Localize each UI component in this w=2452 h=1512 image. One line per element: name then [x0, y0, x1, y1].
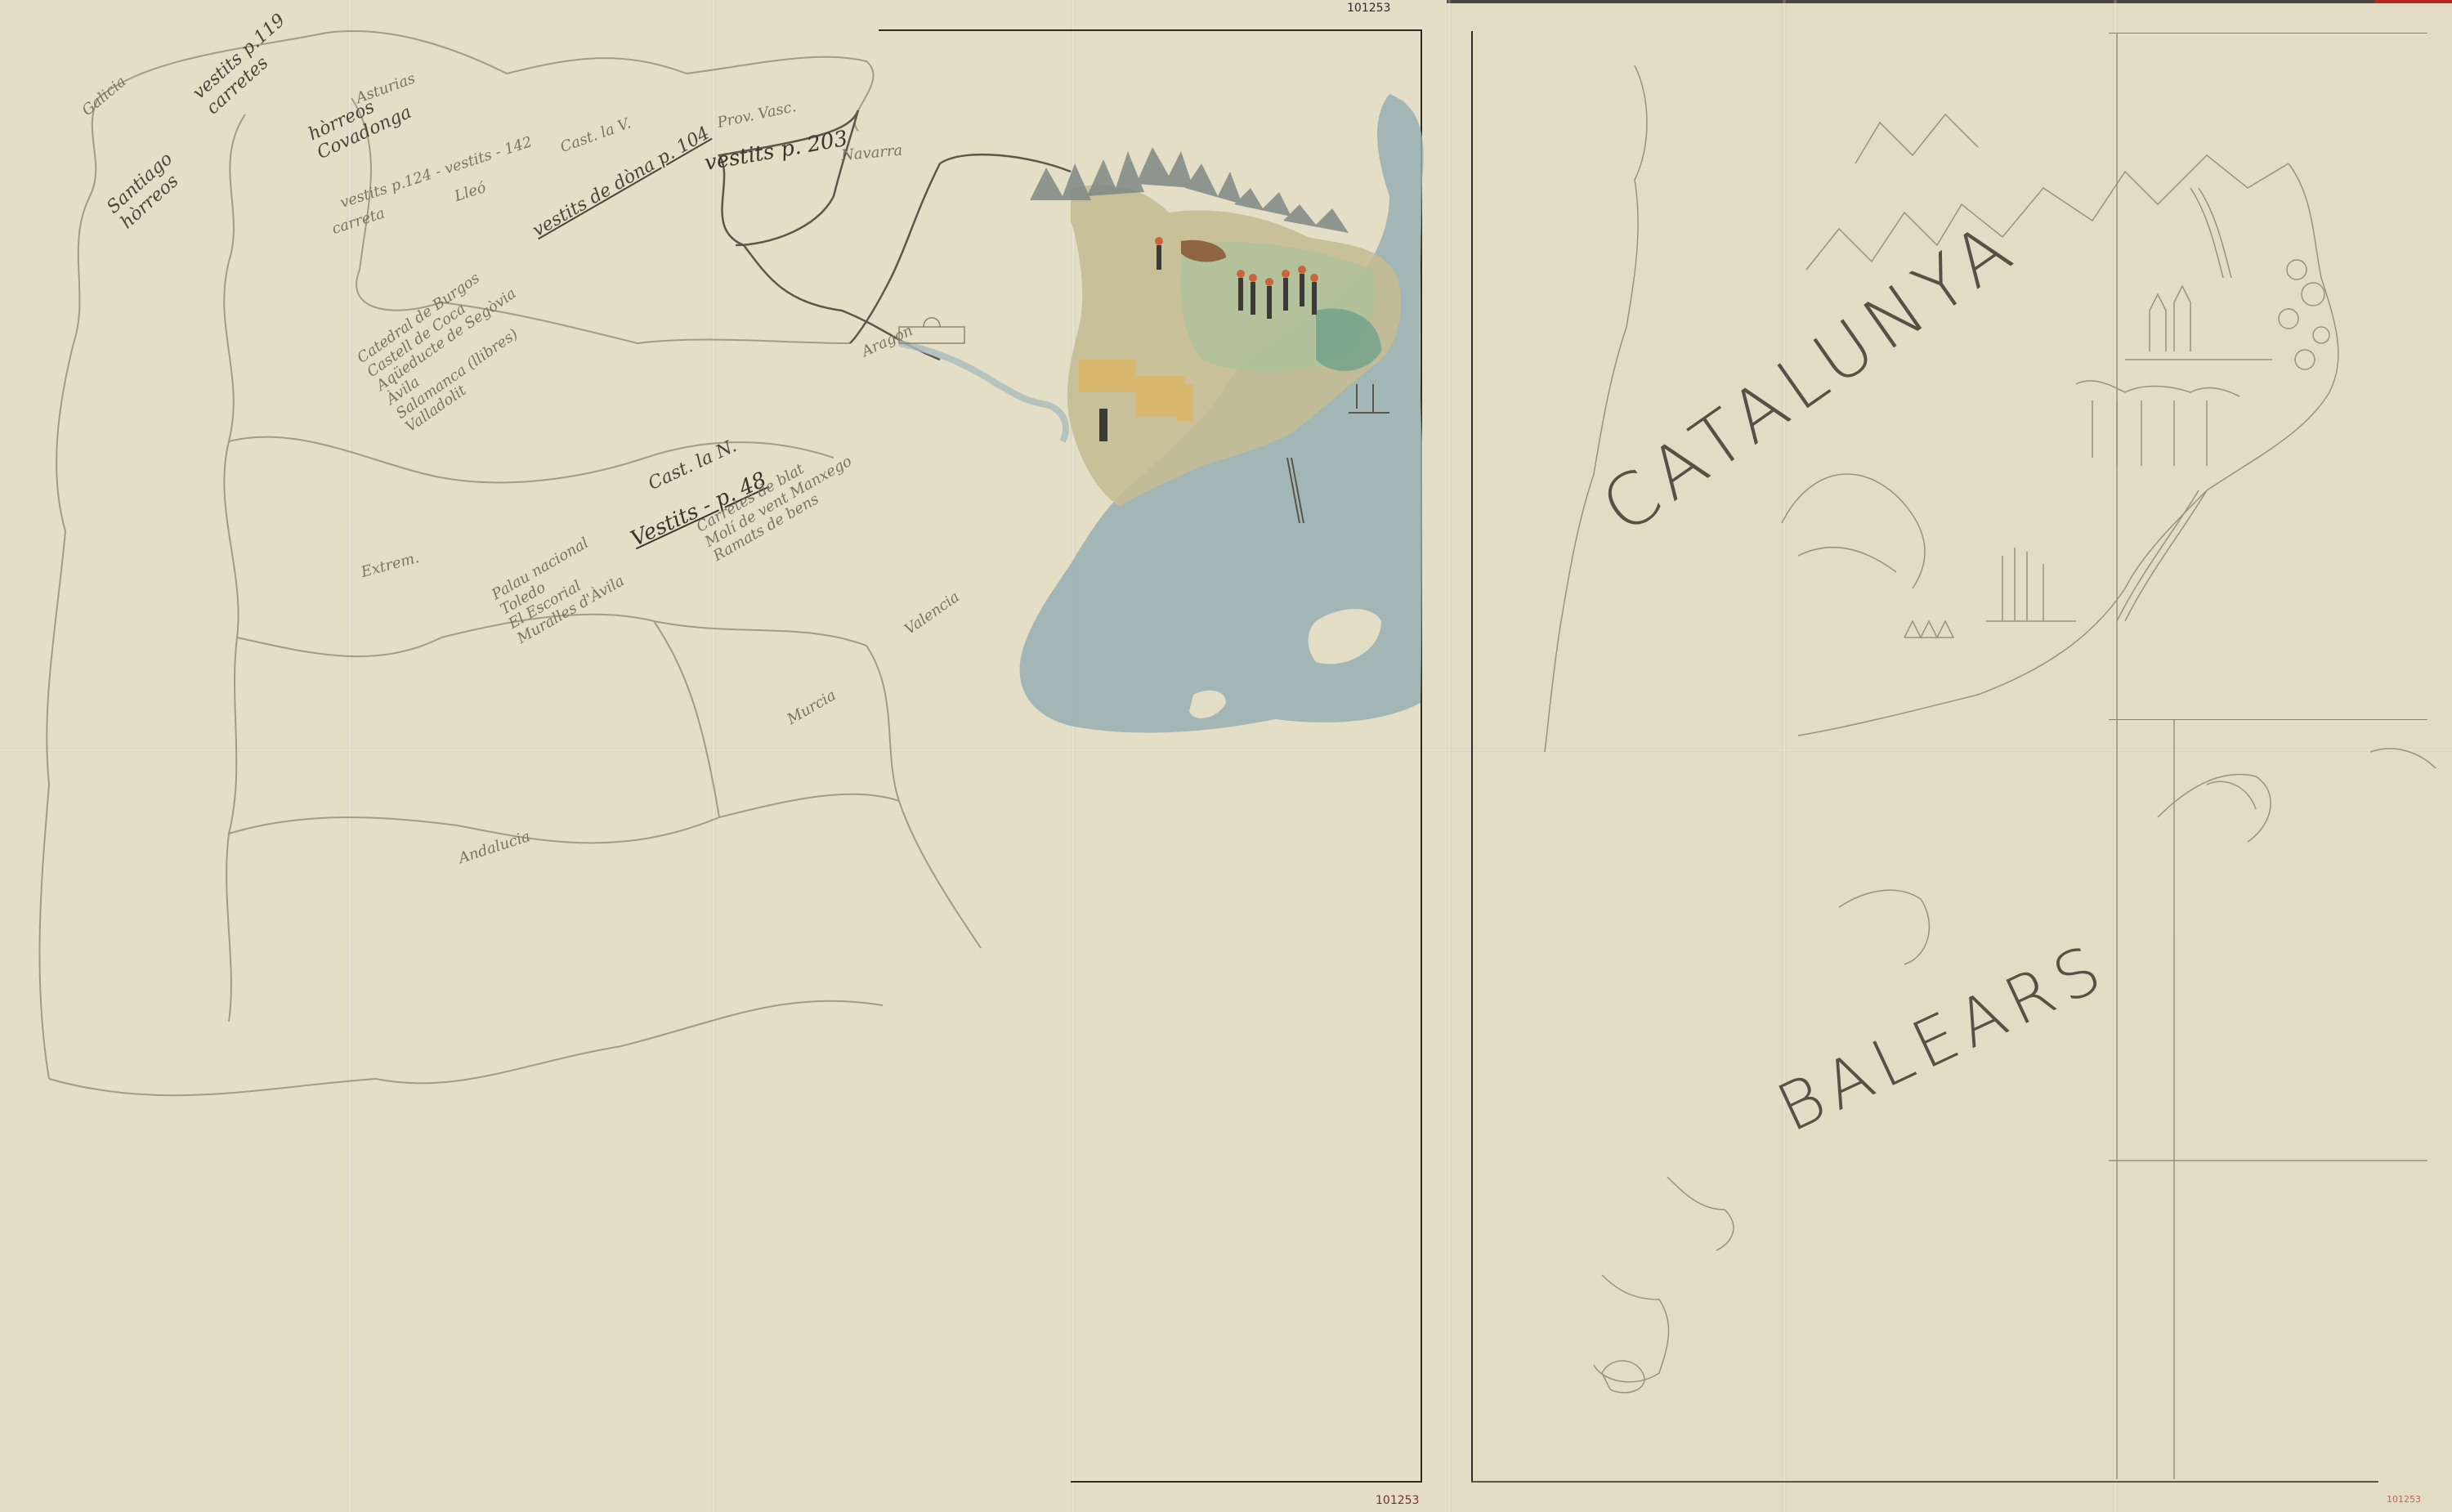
archive-number-top: 101253 — [1347, 2, 1390, 15]
map-stage: Galicia vestits p.119 carretes Santiago … — [0, 0, 2452, 1512]
archive-number-bottom-right: 101253 — [2387, 1494, 2421, 1505]
ebro-river — [899, 343, 1066, 441]
archive-number-bottom: 101253 — [1376, 1494, 1419, 1507]
